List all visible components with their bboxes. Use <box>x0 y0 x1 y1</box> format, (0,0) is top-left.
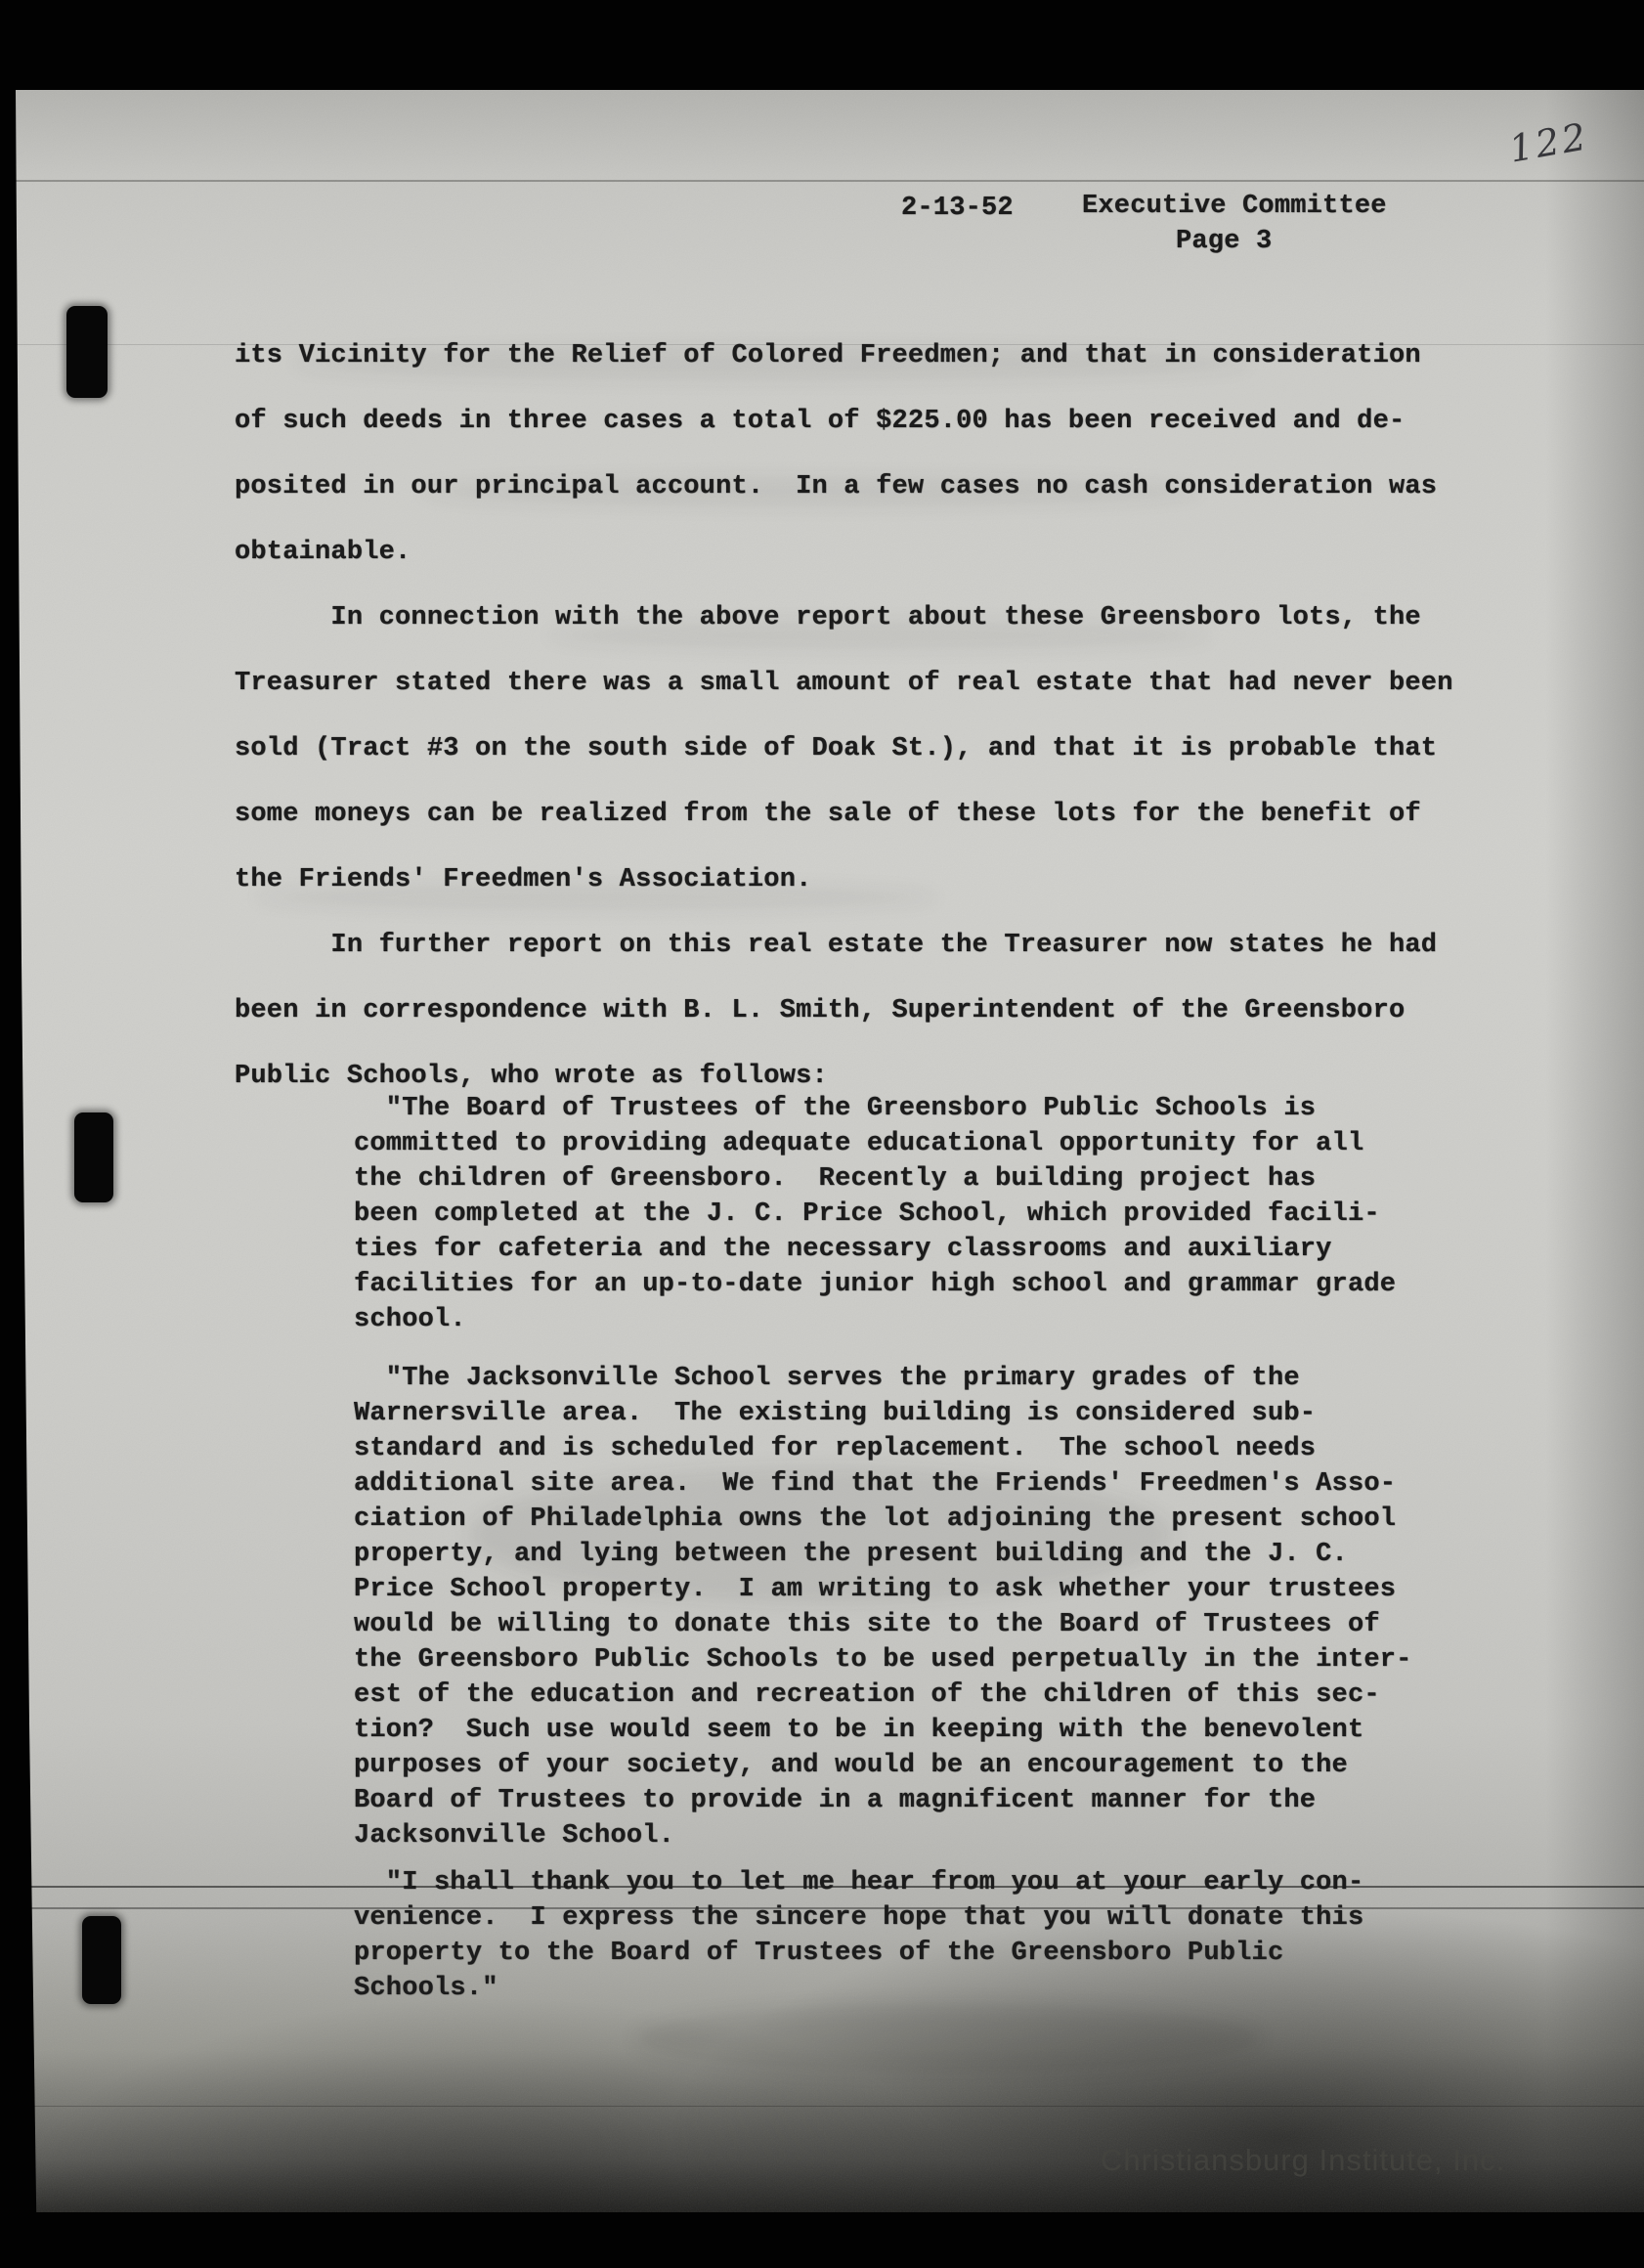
binder-punch-mark <box>74 1112 113 1202</box>
header-title: Executive Committee <box>1082 192 1387 221</box>
body-text: its Vicinity for the Relief of Colored F… <box>235 324 1453 1110</box>
scanned-document: 122 2-13-52 Executive Committee Page 3 i… <box>0 0 1644 2268</box>
binder-punch-mark <box>66 306 108 398</box>
header-date: 2-13-52 <box>901 194 1014 223</box>
quoted-letter-paragraph-1: "The Board of Trustees of the Greensboro… <box>354 1091 1396 1337</box>
quoted-letter-paragraph-2: "The Jacksonville School serves the prim… <box>354 1361 1412 1854</box>
scan-border-bottom <box>0 2212 1644 2268</box>
binder-punch-mark <box>82 1916 121 2004</box>
header-page-label: Page 3 <box>1176 227 1272 256</box>
scan-border-top <box>0 0 1644 90</box>
quoted-letter-paragraph-3: "I shall thank you to let me hear from y… <box>354 1865 1363 2006</box>
archive-watermark: Christiansburg Institute, Inc. <box>1101 2143 1505 2178</box>
